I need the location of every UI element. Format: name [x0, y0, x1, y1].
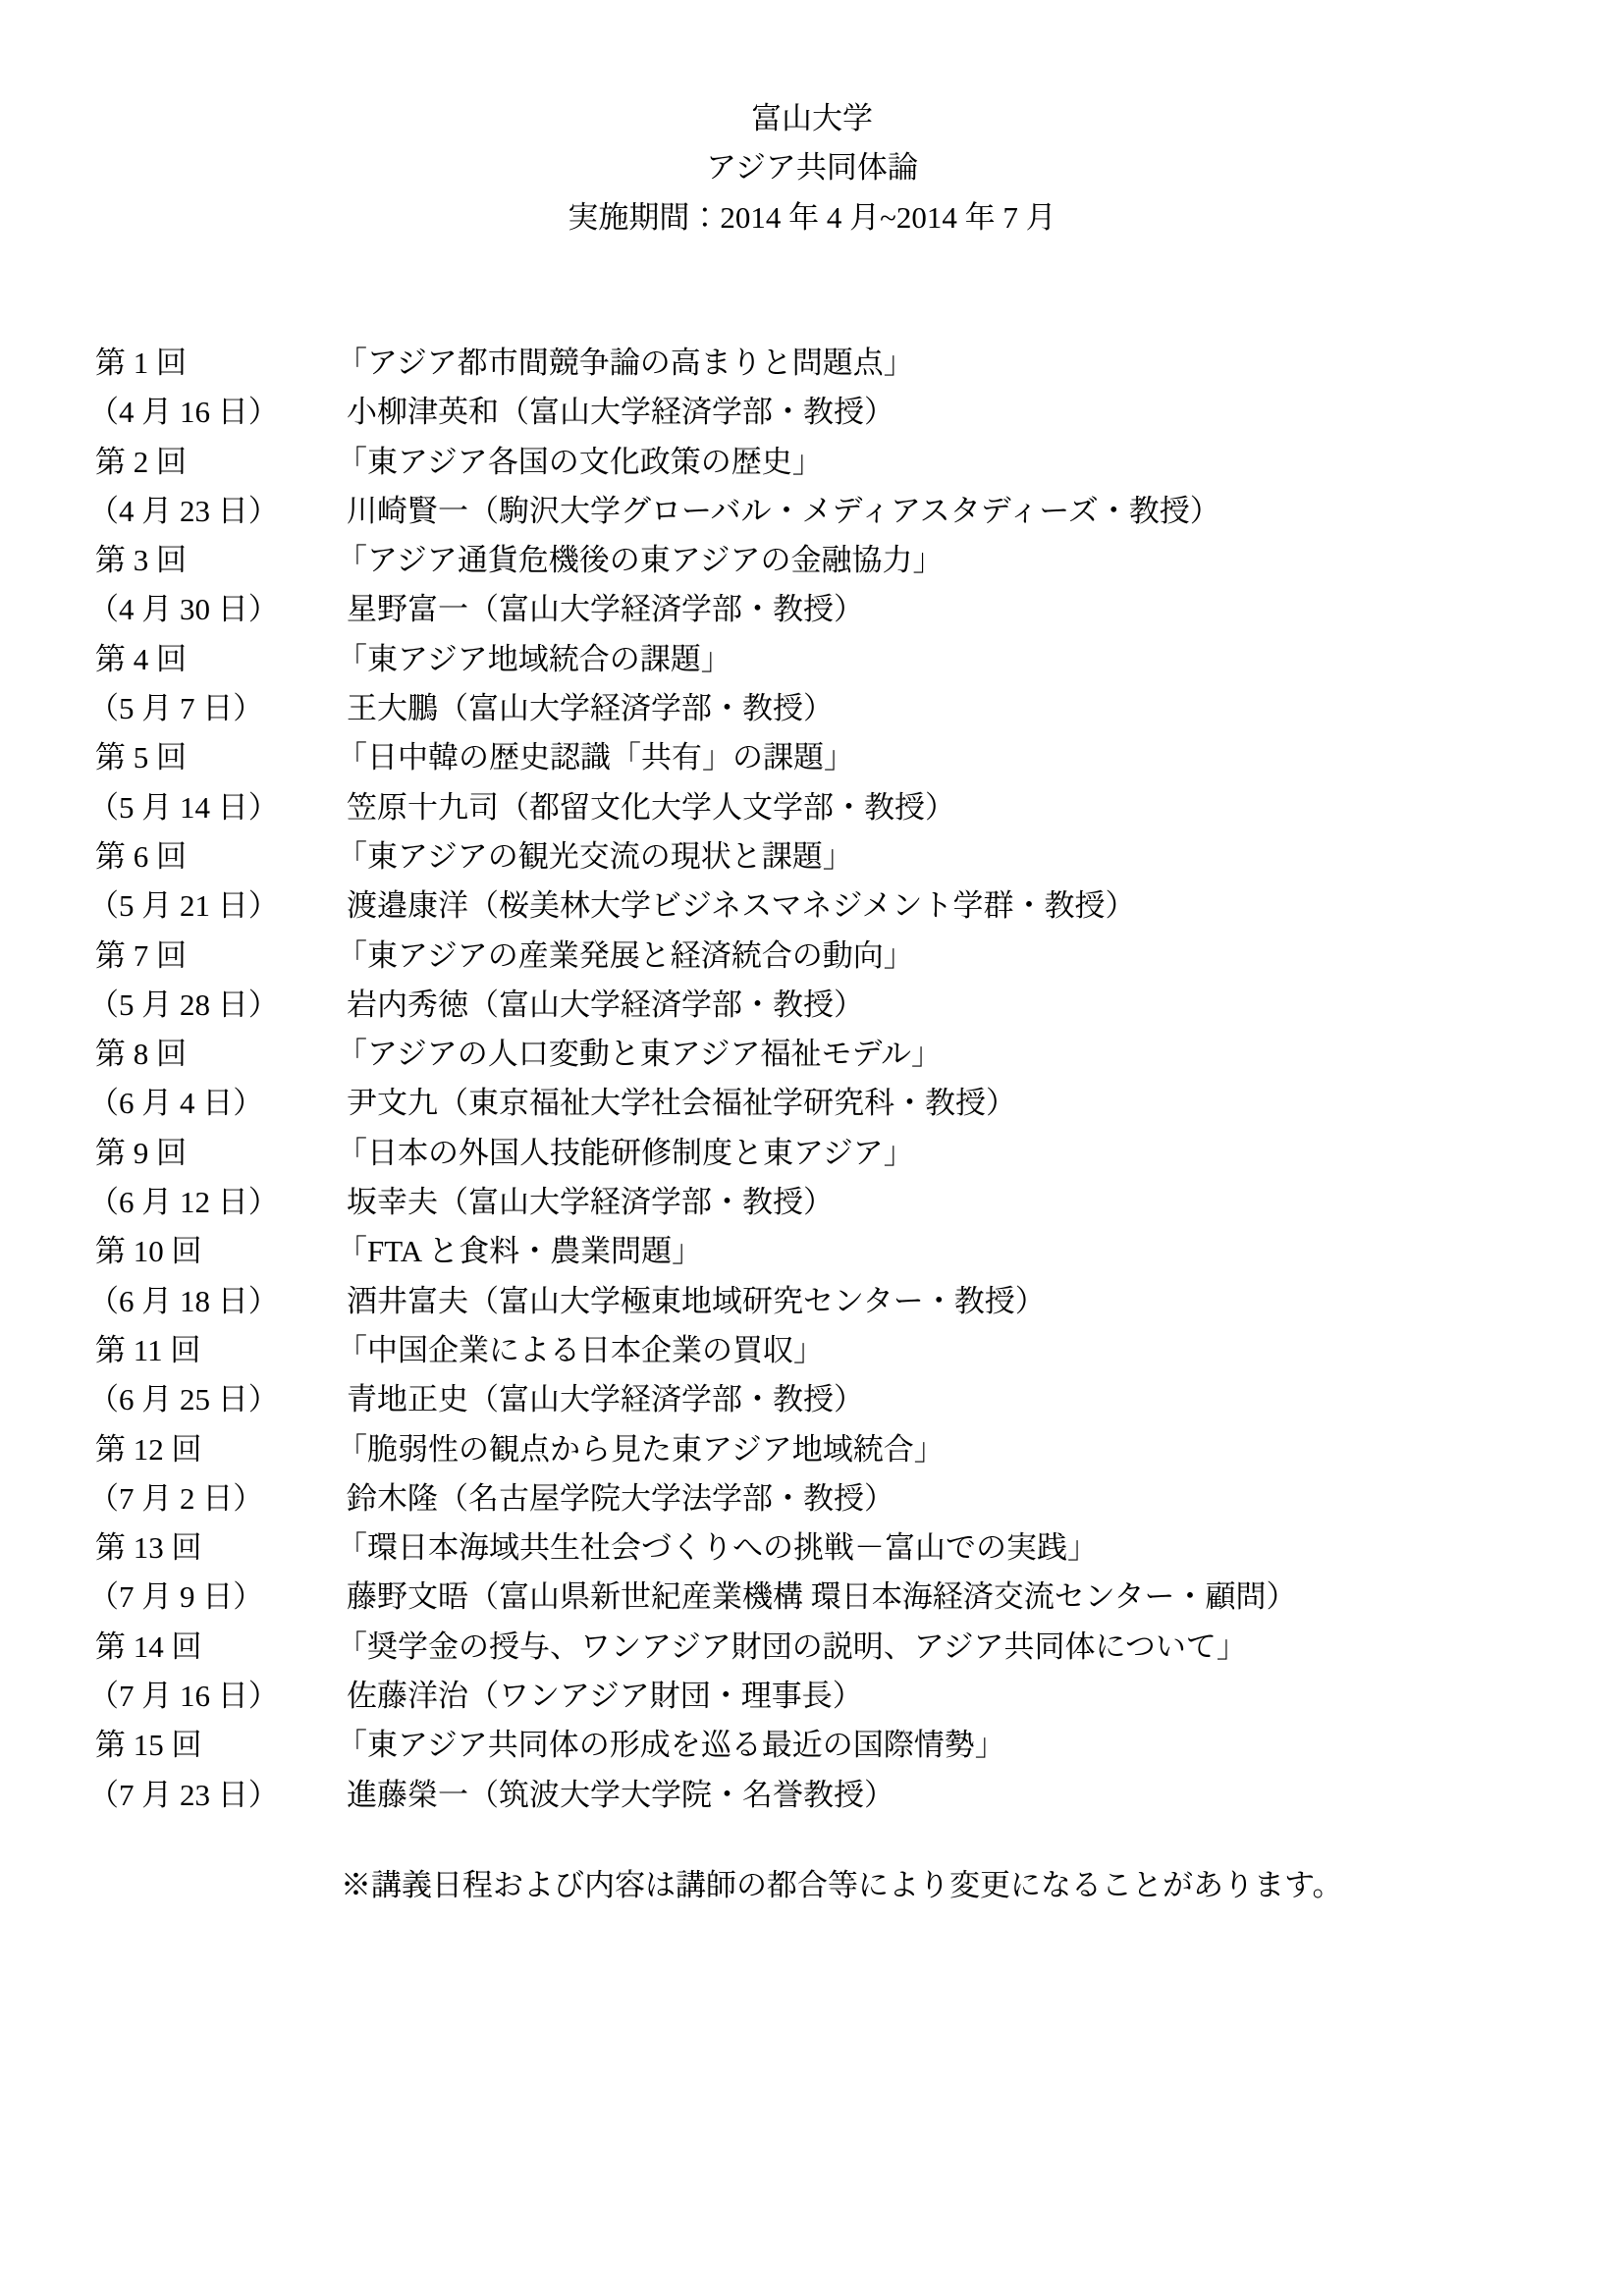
lecture-title-line: 第 15 回 「東アジア共同体の形成を巡る最近の国際情勢」 — [0, 1721, 1624, 1770]
lecture-date: （7 月 2 日） — [88, 1474, 263, 1523]
lecture-title: 「脆弱性の観点から見た東アジア地域統合」 — [337, 1425, 945, 1474]
lecture-title-line: 第 13 回 「環日本海域共生社会づくりへの挑戦－富山での実践」 — [0, 1523, 1624, 1573]
lecture-number: 第 12 回 — [95, 1425, 202, 1474]
lecture-date: （7 月 16 日） — [88, 1672, 279, 1721]
lecture-number: 第 14 回 — [95, 1623, 202, 1672]
lecture-title: 「日本の外国人技能研修制度と東アジア」 — [337, 1129, 914, 1178]
lecture-title: 「東アジア共同体の形成を巡る最近の国際情勢」 — [337, 1721, 1005, 1770]
lecture-title-line: 第 14 回 「奨学金の授与、ワンアジア財団の説明、アジア共同体について」 — [0, 1623, 1624, 1672]
lecture-title-line: 第 2 回 「東アジア各国の文化政策の歴史」 — [0, 438, 1624, 487]
lecture-date: （6 月 18 日） — [88, 1277, 279, 1326]
lecture-speaker: 尹文九（東京福祉大学社会福祉学研究科・教授） — [347, 1079, 1016, 1128]
lecture-speaker-line: （4 月 30 日） 星野富一（富山大学経済学部・教授） — [0, 585, 1624, 634]
lecture-title: 「アジア都市間競争論の高まりと問題点」 — [337, 339, 914, 388]
lecture-title-line: 第 7 回 「東アジアの産業発展と経済統合の動向」 — [0, 932, 1624, 981]
lecture-title: 「中国企業による日本企業の買収」 — [337, 1326, 824, 1375]
lecture-title: 「東アジア地域統合の課題」 — [337, 635, 731, 684]
lecture-title-line: 第 12 回 「脆弱性の観点から見た東アジア地域統合」 — [0, 1425, 1624, 1474]
lecture-speaker: 川崎賢一（駒沢大学グローバル・メディアスタディーズ・教授） — [347, 487, 1220, 536]
lecture-speaker-line: （4 月 23 日） 川崎賢一（駒沢大学グローバル・メディアスタディーズ・教授） — [0, 487, 1624, 536]
lecture-date: （7 月 23 日） — [88, 1771, 279, 1820]
lecture-speaker-line: （7 月 23 日） 進藤榮一（筑波大学大学院・名誉教授） — [0, 1771, 1624, 1820]
lecture-title: 「東アジアの産業発展と経済統合の動向」 — [337, 932, 914, 981]
lecture-title-line: 第 8 回 「アジアの人口変動と東アジア福祉モデル」 — [0, 1030, 1624, 1079]
lecture-speaker-line: （5 月 14 日） 笠原十九司（都留文化大学人文学部・教授） — [0, 783, 1624, 832]
lecture-speaker: 佐藤洋治（ワンアジア財団・理事長） — [347, 1672, 863, 1721]
university-name: 富山大学 — [0, 94, 1624, 143]
lecture-speaker: 進藤榮一（筑波大学大学院・名誉教授） — [347, 1771, 894, 1820]
lecture-number: 第 2 回 — [95, 438, 187, 487]
lecture-speaker-line: （5 月 28 日） 岩内秀徳（富山大学経済学部・教授） — [0, 981, 1624, 1030]
lecture-title: 「東アジアの観光交流の現状と課題」 — [337, 832, 853, 881]
lecture-title: 「奨学金の授与、ワンアジア財団の説明、アジア共同体について」 — [337, 1623, 1247, 1672]
lecture-speaker-line: （4 月 16 日） 小柳津英和（富山大学経済学部・教授） — [0, 388, 1624, 437]
lecture-number: 第 3 回 — [95, 536, 187, 585]
lecture-title-line: 第 4 回 「東アジア地域統合の課題」 — [0, 635, 1624, 684]
lecture-title-line: 第 3 回 「アジア通貨危機後の東アジアの金融協力」 — [0, 536, 1624, 585]
lecture-speaker: 岩内秀徳（富山大学経済学部・教授） — [347, 981, 864, 1030]
lecture-speaker-line: （5 月 7 日） 王大鵬（富山大学経済学部・教授） — [0, 684, 1624, 733]
lecture-speaker-line: （7 月 9 日） 藤野文晤（富山県新世紀産業機構 環日本海経済交流センター・顧… — [0, 1573, 1624, 1622]
lecture-date: （4 月 16 日） — [88, 388, 279, 437]
lecture-date: （5 月 21 日） — [88, 881, 279, 931]
lecture-speaker-line: （6 月 25 日） 青地正史（富山大学経済学部・教授） — [0, 1375, 1624, 1424]
lecture-speaker: 酒井富夫（富山大学極東地域研究センター・教授） — [347, 1277, 1046, 1326]
lecture-speaker: 坂幸夫（富山大学経済学部・教授） — [347, 1178, 834, 1227]
lecture-date: （5 月 14 日） — [88, 783, 279, 832]
lecture-speaker: 藤野文晤（富山県新世紀産業機構 環日本海経済交流センター・顧問） — [347, 1573, 1297, 1622]
lecture-speaker-line: （7 月 16 日） 佐藤洋治（ワンアジア財団・理事長） — [0, 1672, 1624, 1721]
lecture-title: 「東アジア各国の文化政策の歴史」 — [337, 438, 823, 487]
lecture-speaker-line: （6 月 4 日） 尹文九（東京福祉大学社会福祉学研究科・教授） — [0, 1079, 1624, 1128]
lecture-speaker: 鈴木隆（名古屋学院大学法学部・教授） — [347, 1474, 894, 1523]
lecture-number: 第 1 回 — [95, 339, 187, 388]
lecture-date: （5 月 28 日） — [88, 981, 279, 1030]
lecture-speaker: 渡邉康洋（桜美林大学ビジネスマネジメント学群・教授） — [347, 881, 1136, 931]
schedule-change-note: ※講義日程および内容は講師の都合等により変更になることがあります。 — [341, 1861, 1343, 1910]
lecture-title-line: 第 1 回 「アジア都市間競争論の高まりと問題点」 — [0, 339, 1624, 388]
lecture-number: 第 9 回 — [95, 1129, 187, 1178]
lecture-speaker-line: （6 月 12 日） 坂幸夫（富山大学経済学部・教授） — [0, 1178, 1624, 1227]
lecture-date: （6 月 12 日） — [88, 1178, 279, 1227]
course-period: 実施期間：2014 年 4 月~2014 年 7 月 — [0, 193, 1624, 242]
document-header: 富山大学 アジア共同体論 実施期間：2014 年 4 月~2014 年 7 月 — [0, 94, 1624, 242]
lecture-number: 第 5 回 — [95, 733, 187, 782]
lecture-speaker: 王大鵬（富山大学経済学部・教授） — [347, 684, 834, 733]
lecture-number: 第 11 回 — [95, 1326, 200, 1375]
lecture-speaker: 笠原十九司（都留文化大学人文学部・教授） — [347, 783, 955, 832]
lecture-number: 第 7 回 — [95, 932, 187, 981]
lecture-speaker: 星野富一（富山大学経済学部・教授） — [347, 585, 864, 634]
lecture-number: 第 13 回 — [95, 1523, 202, 1573]
lecture-date: （6 月 25 日） — [88, 1375, 279, 1424]
lecture-number: 第 15 回 — [95, 1721, 202, 1770]
course-title: アジア共同体論 — [0, 143, 1624, 192]
lecture-date: （7 月 9 日） — [88, 1573, 263, 1622]
lecture-date: （6 月 4 日） — [88, 1079, 263, 1128]
lecture-date: （4 月 23 日） — [88, 487, 279, 536]
lecture-list: 第 1 回 「アジア都市間競争論の高まりと問題点」 （4 月 16 日） 小柳津… — [0, 339, 1624, 1820]
lecture-date: （5 月 7 日） — [88, 684, 263, 733]
lecture-title: 「FTA と食料・農業問題」 — [337, 1227, 702, 1276]
lecture-title-line: 第 10 回 「FTA と食料・農業問題」 — [0, 1227, 1624, 1276]
lecture-title-line: 第 9 回 「日本の外国人技能研修制度と東アジア」 — [0, 1129, 1624, 1178]
lecture-title: 「日中韓の歴史認識「共有」の課題」 — [337, 733, 854, 782]
lecture-title: 「環日本海域共生社会づくりへの挑戦－富山での実践」 — [337, 1523, 1098, 1573]
lecture-number: 第 10 回 — [95, 1227, 202, 1276]
lecture-speaker-line: （6 月 18 日） 酒井富夫（富山大学極東地域研究センター・教授） — [0, 1277, 1624, 1326]
lecture-number: 第 4 回 — [95, 635, 187, 684]
lecture-speaker: 青地正史（富山大学経済学部・教授） — [347, 1375, 864, 1424]
lecture-speaker: 小柳津英和（富山大学経済学部・教授） — [347, 388, 894, 437]
lecture-speaker-line: （5 月 21 日） 渡邉康洋（桜美林大学ビジネスマネジメント学群・教授） — [0, 881, 1624, 931]
lecture-title: 「アジア通貨危機後の東アジアの金融協力」 — [337, 536, 944, 585]
lecture-number: 第 6 回 — [95, 832, 187, 881]
lecture-title-line: 第 6 回 「東アジアの観光交流の現状と課題」 — [0, 832, 1624, 881]
lecture-title-line: 第 11 回 「中国企業による日本企業の買収」 — [0, 1326, 1624, 1375]
lecture-date: （4 月 30 日） — [88, 585, 279, 634]
document-page: 富山大学 アジア共同体論 実施期間：2014 年 4 月~2014 年 7 月 … — [0, 0, 1624, 2296]
lecture-title-line: 第 5 回 「日中韓の歴史認識「共有」の課題」 — [0, 733, 1624, 782]
lecture-title: 「アジアの人口変動と東アジア福祉モデル」 — [337, 1030, 942, 1079]
lecture-speaker-line: （7 月 2 日） 鈴木隆（名古屋学院大学法学部・教授） — [0, 1474, 1624, 1523]
lecture-number: 第 8 回 — [95, 1030, 187, 1079]
